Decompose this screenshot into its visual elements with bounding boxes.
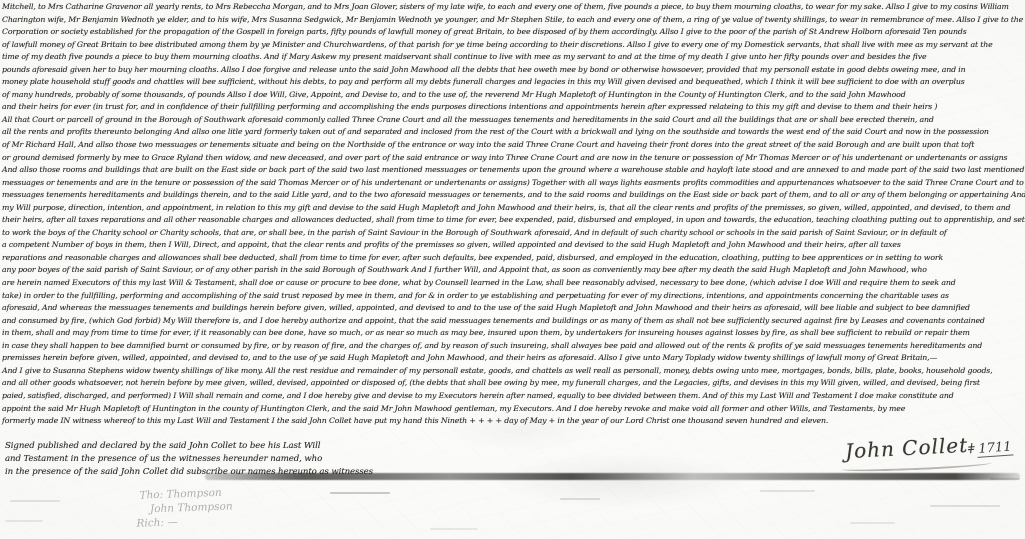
manuscript-line: pounds aforesaid given her to buy her mo… bbox=[0, 64, 1025, 77]
manuscript-line: all the rents and profits thereunto belo… bbox=[0, 126, 1025, 139]
manuscript-line: and consumed by fire, (which God forbid)… bbox=[0, 315, 1025, 328]
manuscript-line: Mitchell, to Mrs Catharine Gravenor all … bbox=[0, 1, 1025, 14]
manuscript-line: any poor boyes of the said parish of Sai… bbox=[0, 264, 1025, 277]
manuscript-line: appoint the said Mr Hugh Mapletoft of Hu… bbox=[0, 403, 1025, 416]
scan-noise-dash bbox=[5, 520, 43, 522]
manuscript-line: in them, shall and may from time to time… bbox=[0, 327, 1025, 340]
manuscript-line: time of my death five pounds a piece to … bbox=[0, 51, 1025, 64]
manuscript-line: messuages tenements hereditaments and bu… bbox=[0, 189, 1025, 202]
ink-smudge-line bbox=[205, 473, 1020, 480]
manuscript-line: of Mr Richard Hall, And allso those two … bbox=[0, 139, 1025, 152]
scan-noise-dash bbox=[430, 528, 478, 530]
will-body-text: Mitchell, to Mrs Catharine Gravenor all … bbox=[0, 1, 1025, 428]
manuscript-line: messuages or tenements and are in the te… bbox=[0, 177, 1025, 190]
manuscript-line: formerly made IN witness whereof to this… bbox=[0, 415, 1025, 428]
manuscript-line: And allso those rooms and buildings that… bbox=[0, 164, 1025, 177]
manuscript-line: are herein named Executors of this my la… bbox=[0, 277, 1025, 290]
manuscript-line: take) in order to the fullfilling, perfo… bbox=[0, 290, 1025, 303]
scan-noise-dash bbox=[930, 505, 1000, 507]
probate-mark-icon: ǂ bbox=[967, 441, 975, 457]
manuscript-line: in case they shall happen to bee damnifi… bbox=[0, 340, 1025, 353]
scan-noise-dash bbox=[760, 490, 815, 492]
manuscript-line: their heirs, after all taxes reparations… bbox=[0, 214, 1025, 227]
scan-noise-dash bbox=[850, 522, 895, 524]
manuscript-page: Mitchell, to Mrs Catharine Gravenor all … bbox=[0, 0, 1025, 539]
probate-year-mark: ǂ1711 bbox=[967, 438, 1013, 457]
manuscript-line: And I give to Susanna Stephens widow twe… bbox=[0, 365, 1025, 378]
attestation-line: Signed published and declared by the sai… bbox=[3, 440, 643, 453]
manuscript-line: of lawfull money of Great Britain to bee… bbox=[0, 39, 1025, 52]
manuscript-line: to work the boys of the Charity school o… bbox=[0, 227, 1025, 240]
manuscript-line: and their heirs for ever (in trust for, … bbox=[0, 101, 1025, 114]
manuscript-line: Charington wife, Mr Benjamin Wednoth ye … bbox=[0, 14, 1025, 27]
manuscript-line: Corporation or society established for t… bbox=[0, 26, 1025, 39]
attestation-line: and Testament in the presence of us the … bbox=[3, 453, 643, 466]
manuscript-line: money plate household stuff goods and ch… bbox=[0, 76, 1025, 89]
manuscript-line: aforesaid, And whereas the messuages ten… bbox=[0, 302, 1025, 315]
manuscript-line: premisses herein before given, willed, a… bbox=[0, 352, 1025, 365]
manuscript-line: of many hundreds, probably of some thous… bbox=[0, 89, 1025, 102]
manuscript-line: a competent Number of boys in them, then… bbox=[0, 239, 1025, 252]
scan-noise-dash bbox=[990, 478, 1020, 480]
scan-noise-dash bbox=[10, 500, 60, 502]
testator-signature: John Collet bbox=[844, 433, 968, 463]
witness-signature: Rich: — bbox=[136, 513, 233, 530]
scan-noise-dash bbox=[330, 492, 390, 494]
witness-signature: John Thompson bbox=[150, 499, 233, 516]
witness-signatures: Tho: Thompson John Thompson Rich: — bbox=[139, 485, 233, 530]
manuscript-line: my Will purpose, direction, intention, a… bbox=[0, 202, 1025, 215]
manuscript-line: paied, satisfied, discharged, and perfor… bbox=[0, 390, 1025, 403]
manuscript-line: reparations and reasonable charges and a… bbox=[0, 252, 1025, 265]
manuscript-line: or ground demised formerly by mee to Gra… bbox=[0, 152, 1025, 165]
manuscript-line: and all other goods whatsoever, not here… bbox=[0, 377, 1025, 390]
manuscript-line: All that Court or parcell of ground in t… bbox=[0, 114, 1025, 127]
scan-noise-dash bbox=[560, 498, 600, 500]
probate-year: 1711 bbox=[977, 439, 1013, 457]
